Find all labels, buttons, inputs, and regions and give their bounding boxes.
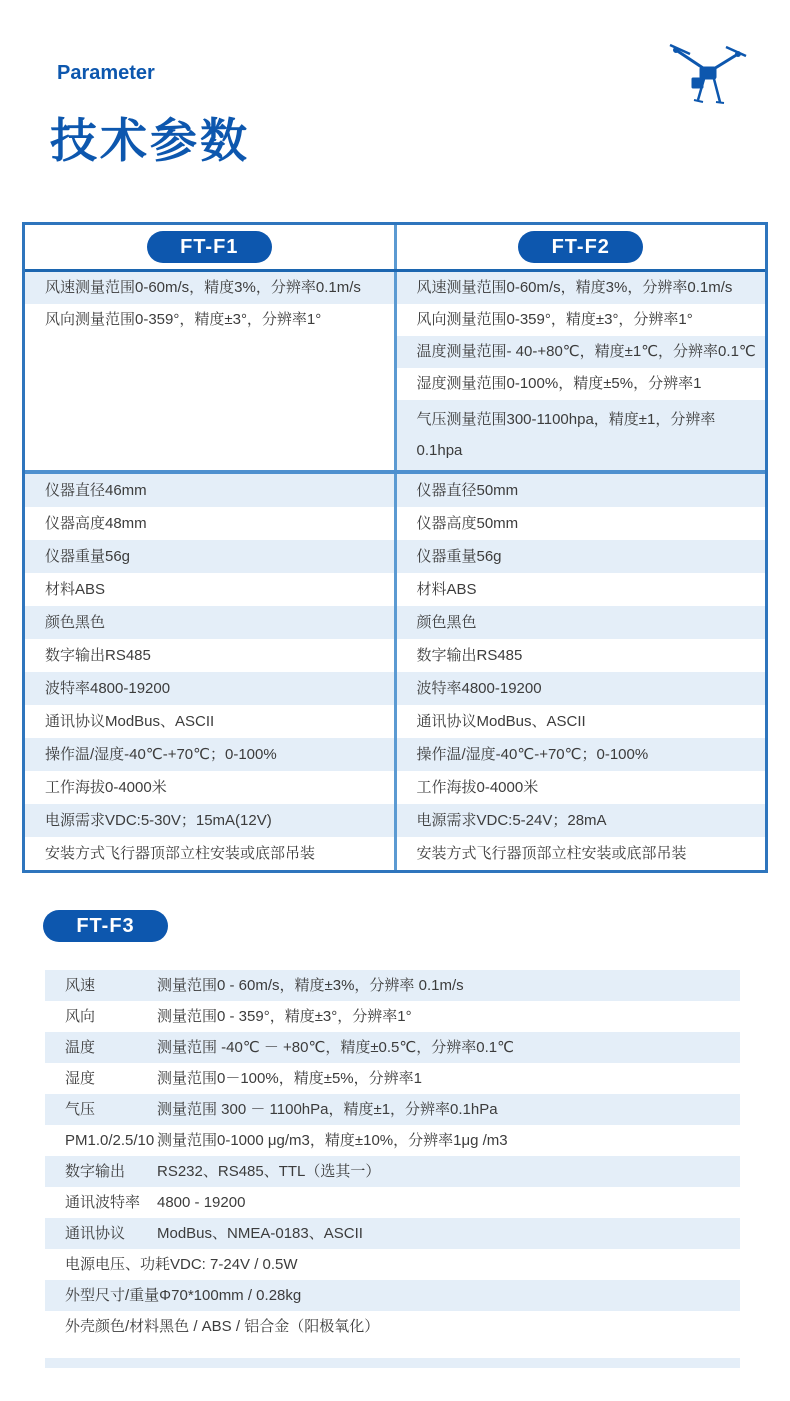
table-row: 外壳颜色/材料黑色 / ABS / 铝合金（阳极氧化）	[45, 1311, 740, 1342]
sensor-spec-section: 风速测量范围0-60m/s，精度3%，分辨率0.1m/s风向测量范围0-359°…	[25, 272, 765, 470]
spec-cell-f1: 波特率4800-19200	[25, 672, 394, 705]
page-title: 技术参数	[50, 104, 250, 171]
table-row: 风向测量范围0-359°，精度±3°，分辨率1°	[397, 304, 766, 336]
table-row: 仪器直径46mm仪器直径50mm	[25, 474, 765, 507]
ft-f2-sensor-rows: 风速测量范围0-60m/s，精度3%，分辨率0.1m/s风向测量范围0-359°…	[394, 272, 766, 470]
spec-cell-f1: 仪器重量56g	[25, 540, 394, 573]
table-row: 通讯协议ModBus、NMEA-0183、ASCII	[45, 1218, 740, 1249]
spec-label: PM1.0/2.5/10	[45, 1125, 157, 1156]
table-row: 气压测量范围300-1100hpa，精度±1，分辨率 0.1hpa	[397, 400, 766, 470]
table-row: 数字输出RS485数字输出RS485	[25, 639, 765, 672]
table-row: 风速测量范围0 - 60m/s，精度±3%，分辨率 0.1m/s	[45, 970, 740, 1001]
header-cell-ft-f2: FT-F2	[394, 225, 766, 269]
spec-cell-f2: 安装方式飞行器顶部立柱安装或底部吊装	[394, 837, 766, 870]
table-row: 数字输出RS232、RS485、TTL（选其一）	[45, 1156, 740, 1187]
table-row: 工作海拔0-4000米工作海拔0-4000米	[25, 771, 765, 804]
spec-value: VDC: 7-24V / 0.5W	[170, 1249, 740, 1280]
shared-spec-rows: 仪器直径46mm仪器直径50mm仪器高度48mm仪器高度50mm仪器重量56g仪…	[25, 474, 765, 870]
table-row: 风速测量范围0-60m/s，精度3%，分辨率0.1m/s	[25, 272, 394, 304]
spec-value: 测量范围 -40℃ － +80℃，精度±0.5℃，分辨率0.1℃	[157, 1032, 740, 1063]
table-row: 电源需求VDC:5-30V；15mA(12V)电源需求VDC:5-24V；28m…	[25, 804, 765, 837]
spec-cell-f2: 颜色黑色	[394, 606, 766, 639]
spec-cell-f1: 数字输出RS485	[25, 639, 394, 672]
table-row: 颜色黑色颜色黑色	[25, 606, 765, 639]
spec-cell-f1: 工作海拔0-4000米	[25, 771, 394, 804]
drone-icon	[668, 42, 748, 112]
spec-cell-f1: 电源需求VDC:5-30V；15mA(12V)	[25, 804, 394, 837]
spec-cell-f2: 仪器高度50mm	[394, 507, 766, 540]
spec-label: 通讯波特率	[45, 1187, 157, 1218]
table-row: 风向测量范围0-359°，精度±3°，分辨率1°	[25, 304, 394, 336]
spec-label: 温度	[45, 1032, 157, 1063]
spec-cell-f2: 波特率4800-19200	[394, 672, 766, 705]
model-badge-ft-f3: FT-F3	[43, 910, 168, 942]
table-row: 通讯协议ModBus、ASCII通讯协议ModBus、ASCII	[25, 705, 765, 738]
table-row: 仪器高度48mm仪器高度50mm	[25, 507, 765, 540]
spec-label: 外型尺寸/重量	[45, 1280, 159, 1311]
ft-f3-spec-table: 风速测量范围0 - 60m/s，精度±3%，分辨率 0.1m/s风向测量范围0 …	[45, 970, 740, 1342]
table-row: 安装方式飞行器顶部立柱安装或底部吊装安装方式飞行器顶部立柱安装或底部吊装	[25, 837, 765, 870]
spec-cell-f2: 操作温/湿度-40℃-+70℃；0-100%	[394, 738, 766, 771]
table-row: 通讯波特率4800 - 19200	[45, 1187, 740, 1218]
ft-f1-sensor-rows: 风速测量范围0-60m/s，精度3%，分辨率0.1m/s风向测量范围0-359°…	[25, 272, 394, 470]
spec-cell-f1: 材料ABS	[25, 573, 394, 606]
spec-cell-f2: 材料ABS	[394, 573, 766, 606]
spec-label: 风向	[45, 1001, 157, 1032]
spec-cell-f1: 仪器高度48mm	[25, 507, 394, 540]
table-row: 材料ABS材料ABS	[25, 573, 765, 606]
spec-value: 测量范围 300 － 1100hPa，精度±1，分辨率0.1hPa	[157, 1094, 740, 1125]
spec-value: RS232、RS485、TTL（选其一）	[157, 1156, 740, 1187]
spec-value: ModBus、NMEA-0183、ASCII	[157, 1218, 740, 1249]
spec-value: 4800 - 19200	[157, 1187, 740, 1218]
spec-label: 通讯协议	[45, 1218, 157, 1249]
spec-cell-f2: 数字输出RS485	[394, 639, 766, 672]
spec-cell-f1: 通讯协议ModBus、ASCII	[25, 705, 394, 738]
spec-cell-f2: 通讯协议ModBus、ASCII	[394, 705, 766, 738]
spec-cell-f1: 仪器直径46mm	[25, 474, 394, 507]
header-cell-ft-f1: FT-F1	[25, 225, 394, 269]
table-row: 外型尺寸/重量Φ70*100mm / 0.28kg	[45, 1280, 740, 1311]
spec-label: 气压	[45, 1094, 157, 1125]
spec-value: 测量范围0－100%，精度±5%，分辨率1	[157, 1063, 740, 1094]
spec-cell-f2: 仪器重量56g	[394, 540, 766, 573]
table-row: 湿度测量范围0-100%，精度±5%，分辨率1	[397, 368, 766, 400]
model-badge-ft-f1: FT-F1	[147, 231, 272, 263]
spec-cell-f2: 工作海拔0-4000米	[394, 771, 766, 804]
spec-label: 外壳颜色/材料	[45, 1311, 159, 1342]
comparison-table-header: FT-F1 FT-F2	[25, 225, 765, 272]
spec-label: 电源电压、功耗	[45, 1249, 170, 1280]
spec-value: 测量范围0 - 60m/s，精度±3%，分辨率 0.1m/s	[157, 970, 740, 1001]
table-row-partial	[45, 1358, 740, 1368]
spec-value: Φ70*100mm / 0.28kg	[159, 1280, 740, 1311]
table-row: 波特率4800-19200波特率4800-19200	[25, 672, 765, 705]
spec-label: 湿度	[45, 1063, 157, 1094]
spec-label: 数字输出	[45, 1156, 157, 1187]
table-row: 温度测量范围 -40℃ － +80℃，精度±0.5℃，分辨率0.1℃	[45, 1032, 740, 1063]
table-row: 风速测量范围0-60m/s，精度3%，分辨率0.1m/s	[397, 272, 766, 304]
spec-cell-f2: 仪器直径50mm	[394, 474, 766, 507]
table-row: 风向测量范围0 - 359°，精度±3°，分辨率1°	[45, 1001, 740, 1032]
table-row: 操作温/湿度-40℃-+70℃；0-100%操作温/湿度-40℃-+70℃；0-…	[25, 738, 765, 771]
spec-page: Parameter 技术参数 FT-F1 FT-F2 风	[0, 0, 790, 1401]
spec-cell-f1: 操作温/湿度-40℃-+70℃；0-100%	[25, 738, 394, 771]
model-badge-ft-f2: FT-F2	[518, 231, 643, 263]
section-eyebrow: Parameter	[57, 62, 155, 85]
comparison-table: FT-F1 FT-F2 风速测量范围0-60m/s，精度3%，分辨率0.1m/s…	[22, 222, 768, 873]
spec-value: 测量范围0-1000 μg/m3，精度±10%，分辨率1μg /m3	[157, 1125, 740, 1156]
spec-cell-f1: 颜色黑色	[25, 606, 394, 639]
table-row: 气压测量范围 300 － 1100hPa，精度±1，分辨率0.1hPa	[45, 1094, 740, 1125]
spec-cell-f2: 电源需求VDC:5-24V；28mA	[394, 804, 766, 837]
spec-cell-f1: 安装方式飞行器顶部立柱安装或底部吊装	[25, 837, 394, 870]
table-row: 温度测量范围- 40-+80℃，精度±1℃，分辨率0.1℃	[397, 336, 766, 368]
table-row: 湿度测量范围0－100%，精度±5%，分辨率1	[45, 1063, 740, 1094]
table-row: 电源电压、功耗VDC: 7-24V / 0.5W	[45, 1249, 740, 1280]
spec-value: 测量范围0 - 359°，精度±3°，分辨率1°	[157, 1001, 740, 1032]
table-row: 仪器重量56g仪器重量56g	[25, 540, 765, 573]
table-row: PM1.0/2.5/10测量范围0-1000 μg/m3，精度±10%，分辨率1…	[45, 1125, 740, 1156]
spec-value: 黑色 / ABS / 铝合金（阳极氧化）	[159, 1311, 740, 1342]
spec-label: 风速	[45, 970, 157, 1001]
